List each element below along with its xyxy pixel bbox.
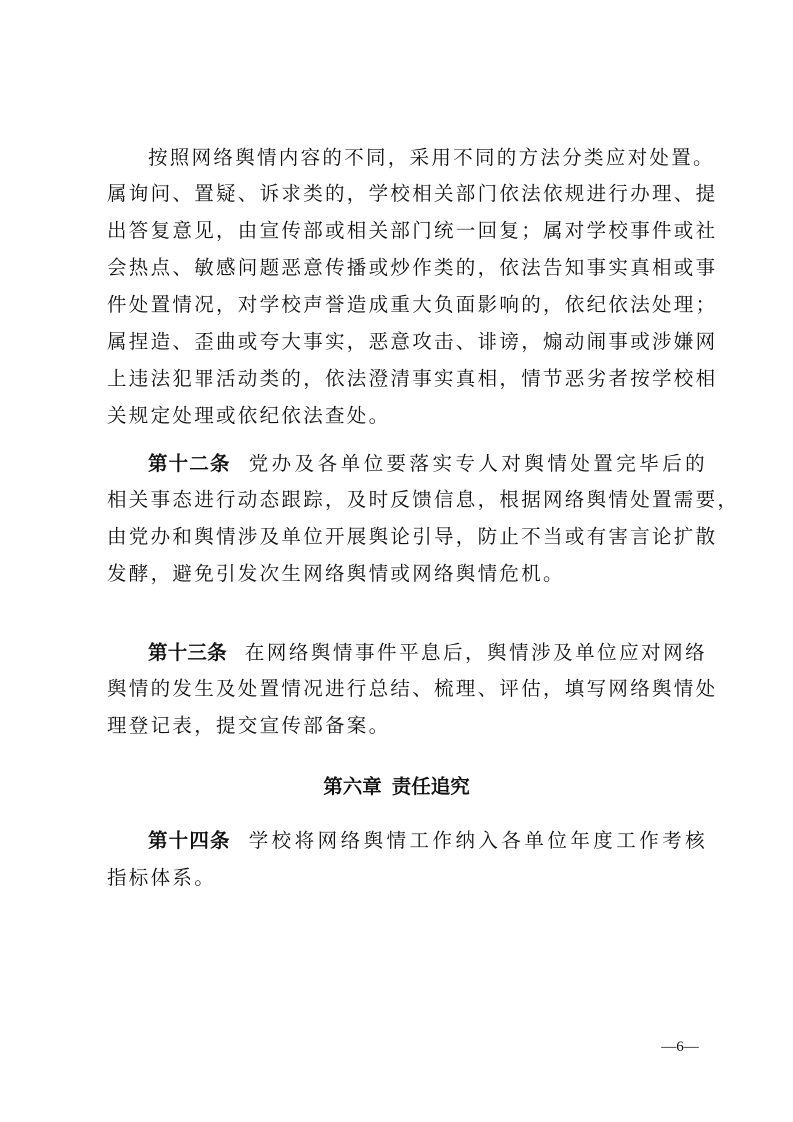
article-14-first-line: 第十四条学校将网络舆情工作纳入各单位年度工作考核 [148,829,707,853]
paragraph-line: 按照网络舆情内容的不同，采用不同的方法分类应对处置。 [148,146,707,170]
chapter-title: 责任追究 [392,775,470,798]
paragraph-line: 理登记表，提交宣传部备案。 [107,714,707,738]
chapter-heading: 第六章责任追究 [0,775,793,799]
paragraph-line: 舆情的发生及处置情况进行总结、梳理、评估，填写网络舆情处 [107,677,707,701]
chapter-number: 第六章 [323,775,382,798]
document-page: 按照网络舆情内容的不同，采用不同的方法分类应对处置。 属询问、置疑、诉求类的，学… [0,0,793,1122]
paragraph-line: 属询问、置疑、诉求类的，学校相关部门依法依规进行办理、提 [107,182,707,206]
article-12-first-line: 第十二条党办及各单位要落实专人对舆情处置完毕后的 [148,452,707,476]
paragraph-line: 出答复意见，由宣传部或相关部门统一回复；属对学校事件或社 [107,219,707,243]
paragraph-line: 上违法犯罪活动类的，依法澄清事实真相，情节恶劣者按学校相 [107,367,707,391]
article-text: 在网络舆情事件平息后，舆情涉及单位应对网络 [245,641,707,664]
paragraph-line: 属捏造、歪曲或夸大事实，恶意攻击、诽谤，煽动闹事或涉嫌网 [107,330,707,354]
paragraph-line: 件处置情况，对学校声誉造成重大负面影响的，依纪依法处理； [107,293,707,317]
article-13-first-line: 第十三条在网络舆情事件平息后，舆情涉及单位应对网络 [148,641,707,665]
paragraph-line: 指标体系。 [107,866,707,890]
article-label: 第十二条 [148,452,231,475]
article-label: 第十四条 [148,829,231,852]
paragraph-line: 关规定处理或依纪依法查处。 [107,404,707,428]
paragraph-line: 相关事态进行动态跟踪，及时反馈信息，根据网络舆情处置需要， [107,488,707,512]
article-label: 第十三条 [148,641,227,664]
page-number: —6— [640,1038,720,1056]
paragraph-line: 由党办和舆情涉及单位开展舆论引导，防止不当或有害言论扩散 [107,525,707,549]
paragraph-line: 会热点、敏感问题恶意传播或炒作类的，依法告知事实真相或事 [107,256,707,280]
paragraph-line: 发酵，避免引发次生网络舆情或网络舆情危机。 [107,562,707,586]
article-text: 党办及各单位要落实专人对舆情处置完毕后的 [249,452,707,475]
article-text: 学校将网络舆情工作纳入各单位年度工作考核 [249,829,707,852]
